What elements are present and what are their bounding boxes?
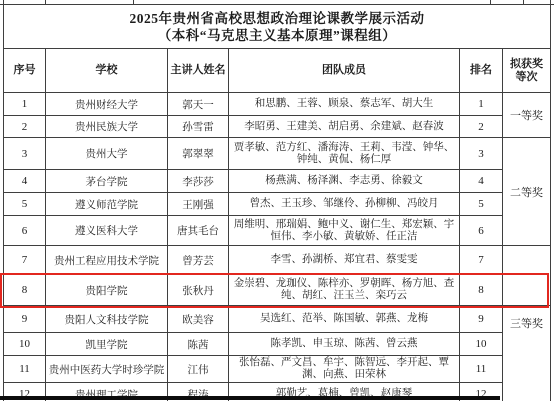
cell-index: 8 — [4, 275, 46, 306]
column-header: 团队成员 — [229, 49, 460, 93]
cell-index: 2 — [4, 116, 46, 138]
cell-school: 贵州中医药大学时珍学院 — [46, 356, 168, 383]
cell-team-members: 金崇碧、龙珈仪、陈梓亦、罗朝晖、杨方旭、查纯、胡红、汪玉兰、栾巧云 — [229, 275, 460, 306]
cell-rank: 2 — [460, 116, 503, 138]
table-row: 1贵州财经大学郭天一和思鹏、王蓉、顾泉、蔡志军、胡大生1一等奖 — [4, 93, 551, 116]
cell-school: 贵阳学院 — [46, 275, 168, 306]
gridline-remnant — [45, 0, 46, 4]
cell-school: 凯里学院 — [46, 333, 168, 356]
gridline-remnant — [3, 0, 4, 4]
cell-team-members: 贾孝敏、范方红、潘海涛、王莉、韦滢、钟华、钟纯、黄侃、杨仁厚 — [229, 138, 460, 170]
column-header: 主讲人姓名 — [168, 49, 229, 93]
document-page: 2025年贵州省高校思想政治理论课教学展示活动 （本科“马克思主义基本原理”课程… — [0, 0, 554, 401]
awards-table: 序号学校主讲人姓名团队成员排名拟获奖等次 1贵州财经大学郭天一和思鹏、王蓉、顾泉… — [3, 48, 551, 401]
cell-speaker: 王刚强 — [168, 193, 229, 216]
table-row: 6遵义医科大学唐其毛台周维明、邢瑞娟、鲍中义、谢仁生、郑宏颖、宇恒伟、李小敏、黄… — [4, 216, 551, 246]
column-header: 拟获奖等次 — [503, 49, 551, 93]
cell-speaker: 曾芳芸 — [168, 246, 229, 275]
cell-index: 10 — [4, 333, 46, 356]
cell-school: 贵州民族大学 — [46, 116, 168, 138]
title-line-1: 2025年贵州省高校思想政治理论课教学展示活动 — [130, 10, 425, 27]
column-header: 序号 — [4, 49, 46, 93]
gridline-remnant — [523, 0, 524, 4]
cell-speaker: 张秋丹 — [168, 275, 229, 306]
table-row: 5遵义师范学院王刚强曾杰、王玉珍、邹继伶、孙柳柳、冯皎月5 — [4, 193, 551, 216]
cell-rank: 7 — [460, 246, 503, 275]
cell-speaker: 欧美容 — [168, 306, 229, 333]
cell-team-members: 杨燕满、杨泽渊、李志勇、徐毅文 — [229, 170, 460, 193]
cell-team-members: 曾杰、王玉珍、邹继伶、孙柳柳、冯皎月 — [229, 193, 460, 216]
table-header-row: 序号学校主讲人姓名团队成员排名拟获奖等次 — [4, 49, 551, 93]
table-row: 11贵州中医药大学时珍学院江伟张怡磊、严文昌、牟宇、陈智远、李开起、覃渊、向燕、… — [4, 356, 551, 383]
cell-rank: 4 — [460, 170, 503, 193]
cell-rank: 3 — [460, 138, 503, 170]
gridline-remnant — [490, 0, 491, 4]
cell-team-members: 陈孝凯、申玉琼、陈茜、曾云燕 — [229, 333, 460, 356]
cell-index: 7 — [4, 246, 46, 275]
cell-index: 4 — [4, 170, 46, 193]
table-row: 7贵州工程应用技术学院曾芳芸李雪、孙湖桥、郑宜君、蔡雯雯7 — [4, 246, 551, 275]
cell-index: 3 — [4, 138, 46, 170]
page-edge-bar — [0, 396, 500, 400]
cell-school: 遵义师范学院 — [46, 193, 168, 216]
cell-school: 遵义医科大学 — [46, 216, 168, 246]
cell-index: 5 — [4, 193, 46, 216]
table-row: 8贵阳学院张秋丹金崇碧、龙珈仪、陈梓亦、罗朝晖、杨方旭、查纯、胡红、汪玉兰、栾巧… — [4, 275, 551, 306]
title-line-2: （本科“马克思主义基本原理”课程组） — [158, 27, 397, 44]
cell-school: 贵阳人文科技学院 — [46, 306, 168, 333]
cell-speaker: 唐其毛台 — [168, 216, 229, 246]
cell-speaker: 江伟 — [168, 356, 229, 383]
cell-rank: 11 — [460, 356, 503, 383]
cell-rank: 8 — [460, 275, 503, 306]
cell-school: 贵州大学 — [46, 138, 168, 170]
cell-award-level — [503, 246, 551, 306]
document-title: 2025年贵州省高校思想政治理论课教学展示活动 （本科“马克思主义基本原理”课程… — [3, 5, 551, 48]
gridline-remnant — [133, 0, 134, 4]
cell-team-members: 周维明、邢瑞娟、鲍中义、谢仁生、郑宏颖、宇恒伟、李小敏、黄敏娇、任正洁 — [229, 216, 460, 246]
cell-speaker: 孙雪雷 — [168, 116, 229, 138]
cell-speaker: 李莎莎 — [168, 170, 229, 193]
table-row: 9贵阳人文科技学院欧美容吴选红、范举、陈国敏、郭燕、龙梅9三等奖 — [4, 306, 551, 333]
cell-team-members: 李雪、孙湖桥、郑宜君、蔡雯雯 — [229, 246, 460, 275]
cell-speaker: 郭翠翠 — [168, 138, 229, 170]
cell-school: 贵州工程应用技术学院 — [46, 246, 168, 275]
column-header: 学校 — [46, 49, 168, 93]
table-row: 2贵州民族大学孙雪雷李昭勇、王建美、胡启勇、余建斌、赵春波2 — [4, 116, 551, 138]
cell-index: 11 — [4, 356, 46, 383]
table-row: 10凯里学院陈茜陈孝凯、申玉琼、陈茜、曾云燕10 — [4, 333, 551, 356]
cell-team-members: 和思鹏、王蓉、顾泉、蔡志军、胡大生 — [229, 93, 460, 116]
cell-school: 贵州财经大学 — [46, 93, 168, 116]
table-row: 3贵州大学郭翠翠贾孝敏、范方红、潘海涛、王莉、韦滢、钟华、钟纯、黄侃、杨仁厚3二… — [4, 138, 551, 170]
table-row: 4茅台学院李莎莎杨燕满、杨泽渊、李志勇、徐毅文4 — [4, 170, 551, 193]
cell-rank: 10 — [460, 333, 503, 356]
cell-award-level: 三等奖 — [503, 306, 551, 401]
cell-school: 茅台学院 — [46, 170, 168, 193]
cell-award-level: 一等奖 — [503, 93, 551, 138]
cell-index: 6 — [4, 216, 46, 246]
cell-team-members: 张怡磊、严文昌、牟宇、陈智远、李开起、覃渊、向燕、田荣林 — [229, 356, 460, 383]
cell-rank: 1 — [460, 93, 503, 116]
cell-rank: 6 — [460, 216, 503, 246]
cell-rank: 9 — [460, 306, 503, 333]
cell-team-members: 李昭勇、王建美、胡启勇、余建斌、赵春波 — [229, 116, 460, 138]
cell-speaker: 陈茜 — [168, 333, 229, 356]
cell-award-level: 二等奖 — [503, 138, 551, 246]
gridline-remnant — [550, 0, 551, 4]
cell-rank: 5 — [460, 193, 503, 216]
cell-team-members: 吴选红、范举、陈国敏、郭燕、龙梅 — [229, 306, 460, 333]
cell-index: 9 — [4, 306, 46, 333]
column-header: 排名 — [460, 49, 503, 93]
cell-index: 1 — [4, 93, 46, 116]
cell-speaker: 郭天一 — [168, 93, 229, 116]
